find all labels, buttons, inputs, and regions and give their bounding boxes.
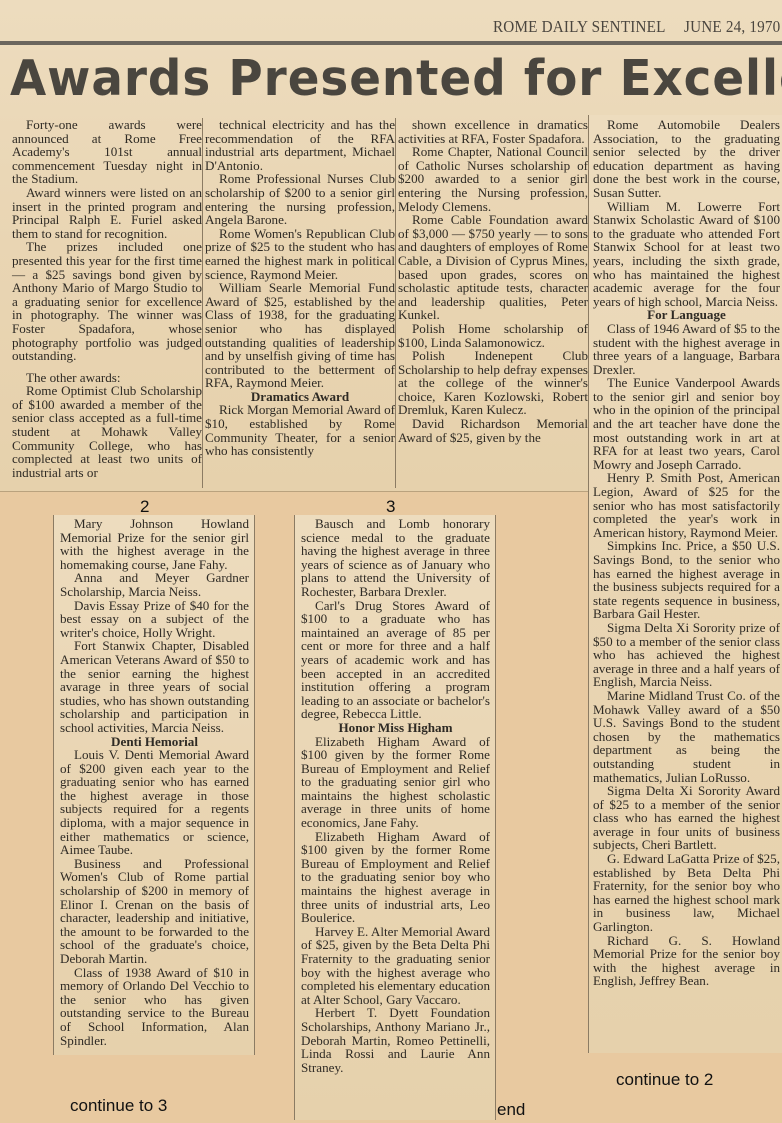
column-1: Forty-one awards were announced at Rome … [12, 118, 202, 479]
paragraph: Mary Johnson Howland Memorial Prize for … [60, 517, 249, 571]
paragraph: shown excellence in dramatics activities… [398, 118, 588, 145]
paragraph: Rome Optimist Club Scholarship of $100 a… [12, 384, 202, 479]
paragraph: Rick Morgan Memorial Award of $10, estab… [205, 403, 395, 457]
paragraph: Harvey E. Alter Memorial Award of $25, g… [301, 925, 490, 1007]
paragraph: G. Edward LaGatta Prize of $25, establis… [593, 852, 780, 934]
paragraph: The other awards: [12, 371, 202, 385]
section-label-3: 3 [386, 497, 395, 517]
clipping-2-text: Mary Johnson Howland Memorial Prize for … [54, 515, 254, 1047]
paragraph: Class of 1946 Award of $5 to the student… [593, 322, 780, 376]
paragraph: Rome Women's Republican Club prize of $2… [205, 227, 395, 281]
section-label-2: 2 [140, 497, 149, 517]
paragraph: Polish Home scholarship of $100, Linda S… [398, 322, 588, 349]
paragraph: David Richardson Memorial Award of $25, … [398, 417, 588, 444]
clipping-3-text: Bausch and Lomb honorary science medal t… [295, 515, 495, 1074]
paragraph: The prizes included one presented this y… [12, 240, 202, 362]
paragraph: Rome Automobile Dealers Association, to … [593, 118, 780, 200]
publication-date: JUNE 24, 1970 [684, 17, 780, 36]
subhead-dramatics: Dramatics Award [205, 390, 395, 404]
paragraph: Henry P. Smith Post, American Legion, Aw… [593, 471, 780, 539]
paragraph: Simpkins Inc. Price, a $50 U.S. Savings … [593, 539, 780, 621]
clipping-3: Bausch and Lomb honorary science medal t… [294, 515, 496, 1120]
paragraph: The Eunice Vanderpool Awards to the seni… [593, 376, 780, 471]
article-headline: Awards Presented for Excellence [10, 50, 782, 107]
newspaper-name: ROME DAILY SENTINEL [493, 17, 666, 36]
paragraph: Class of 1938 Award of $10 in memory of … [60, 966, 249, 1048]
subhead-denti-memorial: Denti Hemorial [60, 735, 249, 749]
paragraph: Carl's Drug Stores Award of $100 to a gr… [301, 599, 490, 721]
masthead-rule [0, 41, 782, 45]
column-4: Rome Automobile Dealers Association, to … [593, 118, 780, 988]
paragraph: Marine Midland Trust Co. of the Mohawk V… [593, 689, 780, 784]
paragraph: Elizabeth Higham Award of $100 given by … [301, 735, 490, 830]
paragraph: Richard G. S. Howland Memorial Prize for… [593, 934, 780, 988]
paragraph: Fort Stanwix Chapter, Disabled American … [60, 639, 249, 734]
paragraph: Louis V. Denti Memorial Award of $200 gi… [60, 748, 249, 857]
paragraph: Business and Professional Women's Club o… [60, 857, 249, 966]
column-2: technical electricity and has the recomm… [205, 118, 395, 458]
paragraph: Rome Cable Foundation award of $3,000 — … [398, 213, 588, 322]
paragraph: Rome Chapter, National Council of Cathol… [398, 145, 588, 213]
continue-to-2-note: continue to 2 [616, 1070, 713, 1090]
column-divider [202, 118, 203, 488]
paragraph: Sigma Delta Xi Sorority prize of $50 to … [593, 621, 780, 689]
paragraph: Polish Indenepent Club Scholarship to he… [398, 349, 588, 417]
paragraph: Herbert T. Dyett Foundation Scholarships… [301, 1006, 490, 1074]
end-note: end [497, 1100, 525, 1120]
column-3: shown excellence in dramatics activities… [398, 118, 588, 444]
masthead: ROME DAILY SENTINELJUNE 24, 1970 [493, 17, 780, 37]
paragraph: William Searle Memorial Fund Award of $2… [205, 281, 395, 390]
paragraph: technical electricity and has the recomm… [205, 118, 395, 172]
clipping-2: Mary Johnson Howland Memorial Prize for … [53, 515, 255, 1055]
subhead-for-language: For Language [593, 308, 780, 322]
paragraph: Bausch and Lomb honorary science medal t… [301, 517, 490, 599]
paragraph: Sigma Delta Xi Sorority Award of $25 to … [593, 784, 780, 852]
column-divider [395, 118, 396, 488]
paragraph: William M. Lowerre Fort Stanwix Scholast… [593, 200, 780, 309]
paragraph: Davis Essay Prize of $40 for the best es… [60, 599, 249, 640]
subhead-honor-miss-higham: Honor Miss Higham [301, 721, 490, 735]
continue-to-3-note: continue to 3 [70, 1096, 167, 1116]
paragraph: Anna and Meyer Gardner Scholarship, Marc… [60, 571, 249, 598]
paragraph: Elizabeth Higham Award of $100 given by … [301, 830, 490, 925]
paragraph: Rome Professional Nurses Club scholarshi… [205, 172, 395, 226]
paragraph: Forty-one awards were announced at Rome … [12, 118, 202, 186]
paragraph: Award winners were listed on an insert i… [12, 186, 202, 240]
